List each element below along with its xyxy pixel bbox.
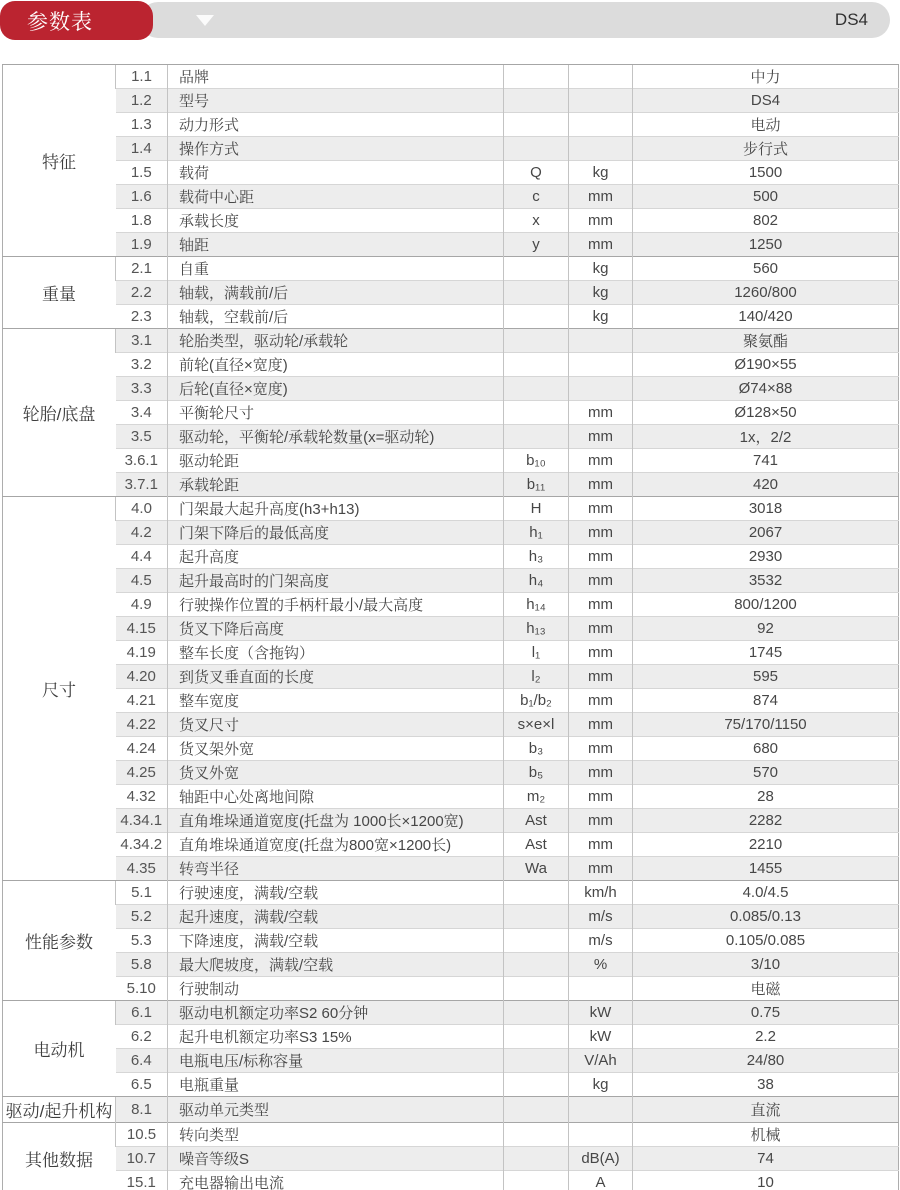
description-cell: 载荷中心距 — [168, 185, 504, 209]
value-cell: 10 — [633, 1171, 899, 1190]
index-cell: 1.5 — [116, 161, 168, 185]
description-cell: 货叉架外宽 — [168, 737, 504, 761]
table-row: 重量2.1自重kg560 — [3, 257, 899, 281]
table-row: 1.8承载长度xmm802 — [3, 209, 899, 233]
description-cell: 自重 — [168, 257, 504, 281]
table-row: 3.3后轮(直径×宽度)Ø74×88 — [3, 377, 899, 401]
description-cell: 品牌 — [168, 65, 504, 89]
index-cell: 3.5 — [116, 425, 168, 449]
unit-cell: mm — [569, 569, 633, 593]
value-cell: 1500 — [633, 161, 899, 185]
unit-cell: m/s — [569, 905, 633, 929]
value-cell: DS4 — [633, 89, 899, 113]
table-row: 3.7.1承载轮距b₁₁mm420 — [3, 473, 899, 497]
symbol-cell — [504, 65, 569, 89]
symbol-cell: h₃ — [504, 545, 569, 569]
description-cell: 电瓶电压/标称容量 — [168, 1049, 504, 1073]
unit-cell — [569, 113, 633, 137]
description-cell: 货叉尺寸 — [168, 713, 504, 737]
index-cell: 5.8 — [116, 953, 168, 977]
unit-cell: kg — [569, 161, 633, 185]
index-cell: 5.2 — [116, 905, 168, 929]
index-cell: 4.22 — [116, 713, 168, 737]
index-cell: 1.6 — [116, 185, 168, 209]
symbol-cell: H — [504, 497, 569, 521]
table-row: 4.15货叉下降后高度h₁₃mm92 — [3, 617, 899, 641]
description-cell: 轴距中心处离地间隙 — [168, 785, 504, 809]
index-cell: 1.4 — [116, 137, 168, 161]
index-cell: 4.5 — [116, 569, 168, 593]
symbol-cell — [504, 257, 569, 281]
model-label: DS4 — [835, 2, 868, 38]
value-cell: 800/1200 — [633, 593, 899, 617]
symbol-cell: Wa — [504, 857, 569, 881]
value-cell: 75/170/1150 — [633, 713, 899, 737]
triangle-down-icon[interactable] — [196, 15, 214, 26]
unit-cell: mm — [569, 209, 633, 233]
value-cell: 0.75 — [633, 1001, 899, 1025]
value-cell: 直流 — [633, 1097, 899, 1123]
index-cell: 8.1 — [116, 1097, 168, 1123]
description-cell: 整车宽度 — [168, 689, 504, 713]
description-cell: 电瓶重量 — [168, 1073, 504, 1097]
symbol-cell — [504, 881, 569, 905]
description-cell: 承载长度 — [168, 209, 504, 233]
category-cell: 轮胎/底盘 — [3, 329, 116, 497]
symbol-cell — [504, 953, 569, 977]
index-cell: 5.10 — [116, 977, 168, 1001]
index-cell: 4.35 — [116, 857, 168, 881]
value-cell: 电磁 — [633, 977, 899, 1001]
description-cell: 货叉下降后高度 — [168, 617, 504, 641]
category-cell: 驱动/起升机构 — [3, 1097, 116, 1123]
table-row: 4.9行驶操作位置的手柄杆最小/最大高度h₁₄mm800/1200 — [3, 593, 899, 617]
unit-cell: kW — [569, 1025, 633, 1049]
category-cell: 特征 — [3, 65, 116, 257]
value-cell: 92 — [633, 617, 899, 641]
table-row: 5.10行驶制动电磁 — [3, 977, 899, 1001]
table-row: 4.5起升最高时的门架高度h₄mm3532 — [3, 569, 899, 593]
table-row: 4.32轴距中心处离地间隙m₂mm28 — [3, 785, 899, 809]
index-cell: 4.24 — [116, 737, 168, 761]
symbol-cell: h₄ — [504, 569, 569, 593]
unit-cell — [569, 65, 633, 89]
value-cell: 74 — [633, 1147, 899, 1171]
value-cell: 2282 — [633, 809, 899, 833]
symbol-cell: s×e×l — [504, 713, 569, 737]
symbol-cell — [504, 977, 569, 1001]
symbol-cell: x — [504, 209, 569, 233]
symbol-cell — [504, 1123, 569, 1147]
index-cell: 4.21 — [116, 689, 168, 713]
symbol-cell — [504, 305, 569, 329]
symbol-cell — [504, 401, 569, 425]
table-row: 性能参数5.1行驶速度，满载/空载km/h4.0/4.5 — [3, 881, 899, 905]
symbol-cell: b₁₀ — [504, 449, 569, 473]
description-cell: 轴载，满载前/后 — [168, 281, 504, 305]
description-cell: 行驶速度，满载/空载 — [168, 881, 504, 905]
unit-cell: mm — [569, 425, 633, 449]
index-cell: 4.32 — [116, 785, 168, 809]
symbol-cell — [504, 377, 569, 401]
index-cell: 10.7 — [116, 1147, 168, 1171]
description-cell: 门架最大起升高度(h3+h13) — [168, 497, 504, 521]
unit-cell: kg — [569, 281, 633, 305]
symbol-cell — [504, 353, 569, 377]
table-row: 1.3动力形式电动 — [3, 113, 899, 137]
table-row: 4.25货叉外宽b₅mm570 — [3, 761, 899, 785]
index-cell: 2.1 — [116, 257, 168, 281]
description-cell: 型号 — [168, 89, 504, 113]
value-cell: 4.0/4.5 — [633, 881, 899, 905]
table-row: 1.5载荷Qkg1500 — [3, 161, 899, 185]
value-cell: 2067 — [633, 521, 899, 545]
unit-cell: mm — [569, 545, 633, 569]
description-cell: 转向类型 — [168, 1123, 504, 1147]
table-row: 3.2前轮(直径×宽度)Ø190×55 — [3, 353, 899, 377]
table-row: 电动机6.1驱动电机额定功率S2 60分钟kW0.75 — [3, 1001, 899, 1025]
value-cell: 874 — [633, 689, 899, 713]
description-cell: 门架下降后的最低高度 — [168, 521, 504, 545]
symbol-cell — [504, 1001, 569, 1025]
description-cell: 前轮(直径×宽度) — [168, 353, 504, 377]
value-cell: Ø128×50 — [633, 401, 899, 425]
unit-cell: % — [569, 953, 633, 977]
unit-cell: mm — [569, 401, 633, 425]
description-cell: 到货叉垂直面的长度 — [168, 665, 504, 689]
index-cell: 1.8 — [116, 209, 168, 233]
table-row: 4.35转弯半径Wamm1455 — [3, 857, 899, 881]
table-row: 1.9轴距ymm1250 — [3, 233, 899, 257]
value-cell: 595 — [633, 665, 899, 689]
category-cell: 重量 — [3, 257, 116, 329]
description-cell: 操作方式 — [168, 137, 504, 161]
unit-cell — [569, 353, 633, 377]
table-row: 4.22货叉尺寸s×e×lmm75/170/1150 — [3, 713, 899, 737]
description-cell: 货叉外宽 — [168, 761, 504, 785]
table-row: 2.3轴载，空载前/后kg140/420 — [3, 305, 899, 329]
value-cell: 2930 — [633, 545, 899, 569]
table-row: 轮胎/底盘3.1轮胎类型，驱动轮/承载轮聚氨酯 — [3, 329, 899, 353]
header-bar — [140, 2, 890, 38]
table-row: 6.2起升电机额定功率S3 15%kW2.2 — [3, 1025, 899, 1049]
spec-table-badge-label: 参数表 — [27, 6, 93, 36]
value-cell: 1745 — [633, 641, 899, 665]
symbol-cell: l₁ — [504, 641, 569, 665]
table-row: 2.2轴载，满载前/后kg1260/800 — [3, 281, 899, 305]
category-cell: 性能参数 — [3, 881, 116, 1001]
index-cell: 4.15 — [116, 617, 168, 641]
unit-cell: mm — [569, 713, 633, 737]
unit-cell — [569, 377, 633, 401]
value-cell: 420 — [633, 473, 899, 497]
value-cell: 0.085/0.13 — [633, 905, 899, 929]
value-cell: 3018 — [633, 497, 899, 521]
index-cell: 3.2 — [116, 353, 168, 377]
description-cell: 平衡轮尺寸 — [168, 401, 504, 425]
category-cell: 其他数据 — [3, 1123, 116, 1190]
value-cell: 1x，2/2 — [633, 425, 899, 449]
index-cell: 1.2 — [116, 89, 168, 113]
table-row: 6.5电瓶重量kg38 — [3, 1073, 899, 1097]
value-cell: 机械 — [633, 1123, 899, 1147]
value-cell: Ø74×88 — [633, 377, 899, 401]
value-cell: 570 — [633, 761, 899, 785]
description-cell: 驱动轮距 — [168, 449, 504, 473]
index-cell: 4.4 — [116, 545, 168, 569]
description-cell: 驱动轮，平衡轮/承载轮数量(x=驱动轮) — [168, 425, 504, 449]
spec-table-body: 特征1.1品牌中力1.2型号DS41.3动力形式电动1.4操作方式步行式1.5载… — [3, 65, 899, 1190]
table-row: 1.2型号DS4 — [3, 89, 899, 113]
description-cell: 行驶制动 — [168, 977, 504, 1001]
unit-cell: m/s — [569, 929, 633, 953]
unit-cell: mm — [569, 761, 633, 785]
description-cell: 后轮(直径×宽度) — [168, 377, 504, 401]
value-cell: 560 — [633, 257, 899, 281]
symbol-cell: b₁₁ — [504, 473, 569, 497]
symbol-cell: h₁₃ — [504, 617, 569, 641]
index-cell: 3.1 — [116, 329, 168, 353]
table-row: 4.24货叉架外宽b₃mm680 — [3, 737, 899, 761]
index-cell: 5.1 — [116, 881, 168, 905]
symbol-cell — [504, 425, 569, 449]
description-cell: 行驶操作位置的手柄杆最小/最大高度 — [168, 593, 504, 617]
symbol-cell — [504, 1073, 569, 1097]
table-row: 特征1.1品牌中力 — [3, 65, 899, 89]
value-cell: 中力 — [633, 65, 899, 89]
table-row: 其他数据10.5转向类型机械 — [3, 1123, 899, 1147]
description-cell: 驱动单元类型 — [168, 1097, 504, 1123]
index-cell: 4.9 — [116, 593, 168, 617]
value-cell: Ø190×55 — [633, 353, 899, 377]
table-row: 1.6载荷中心距cmm500 — [3, 185, 899, 209]
spec-table-badge: 参数表 — [0, 1, 153, 40]
index-cell: 4.2 — [116, 521, 168, 545]
unit-cell: mm — [569, 617, 633, 641]
unit-cell: mm — [569, 785, 633, 809]
description-cell: 动力形式 — [168, 113, 504, 137]
index-cell: 6.1 — [116, 1001, 168, 1025]
symbol-cell: h₁₄ — [504, 593, 569, 617]
symbol-cell — [504, 1171, 569, 1190]
unit-cell: mm — [569, 521, 633, 545]
value-cell: 2210 — [633, 833, 899, 857]
description-cell: 充电器输出电流 — [168, 1171, 504, 1190]
description-cell: 轮胎类型，驱动轮/承载轮 — [168, 329, 504, 353]
description-cell: 直角堆垛通道宽度(托盘为 1000长×1200宽) — [168, 809, 504, 833]
spec-table: 特征1.1品牌中力1.2型号DS41.3动力形式电动1.4操作方式步行式1.5载… — [2, 64, 899, 1190]
table-row: 6.4电瓶电压/标称容量V/Ah24/80 — [3, 1049, 899, 1073]
unit-cell: kW — [569, 1001, 633, 1025]
unit-cell: mm — [569, 809, 633, 833]
unit-cell: kg — [569, 305, 633, 329]
unit-cell: A — [569, 1171, 633, 1190]
index-cell: 10.5 — [116, 1123, 168, 1147]
value-cell: 28 — [633, 785, 899, 809]
value-cell: 1260/800 — [633, 281, 899, 305]
value-cell: 聚氨酯 — [633, 329, 899, 353]
table-row: 5.3下降速度，满载/空载m/s0.105/0.085 — [3, 929, 899, 953]
symbol-cell — [504, 1147, 569, 1171]
index-cell: 6.2 — [116, 1025, 168, 1049]
symbol-cell — [504, 329, 569, 353]
category-cell: 电动机 — [3, 1001, 116, 1097]
value-cell: 2.2 — [633, 1025, 899, 1049]
table-row: 10.7噪音等级SdB(A)74 — [3, 1147, 899, 1171]
value-cell: 140/420 — [633, 305, 899, 329]
description-cell: 承载轮距 — [168, 473, 504, 497]
index-cell: 5.3 — [116, 929, 168, 953]
value-cell: 1455 — [633, 857, 899, 881]
symbol-cell: b₃ — [504, 737, 569, 761]
index-cell: 1.9 — [116, 233, 168, 257]
index-cell: 4.19 — [116, 641, 168, 665]
unit-cell — [569, 977, 633, 1001]
value-cell: 802 — [633, 209, 899, 233]
index-cell: 3.7.1 — [116, 473, 168, 497]
value-cell: 3/10 — [633, 953, 899, 977]
description-cell: 下降速度，满载/空载 — [168, 929, 504, 953]
description-cell: 驱动电机额定功率S2 60分钟 — [168, 1001, 504, 1025]
value-cell: 500 — [633, 185, 899, 209]
value-cell: 38 — [633, 1073, 899, 1097]
index-cell: 3.3 — [116, 377, 168, 401]
table-row: 3.4平衡轮尺寸mmØ128×50 — [3, 401, 899, 425]
symbol-cell: l₂ — [504, 665, 569, 689]
index-cell: 15.1 — [116, 1171, 168, 1190]
index-cell: 6.5 — [116, 1073, 168, 1097]
value-cell: 741 — [633, 449, 899, 473]
symbol-cell: b₅ — [504, 761, 569, 785]
symbol-cell — [504, 905, 569, 929]
unit-cell: mm — [569, 641, 633, 665]
unit-cell: V/Ah — [569, 1049, 633, 1073]
value-cell: 24/80 — [633, 1049, 899, 1073]
index-cell: 4.25 — [116, 761, 168, 785]
description-cell: 噪音等级S — [168, 1147, 504, 1171]
value-cell: 步行式 — [633, 137, 899, 161]
symbol-cell — [504, 281, 569, 305]
unit-cell: mm — [569, 689, 633, 713]
value-cell: 680 — [633, 737, 899, 761]
description-cell: 直角堆垛通道宽度(托盘为800宽×1200长) — [168, 833, 504, 857]
unit-cell: kg — [569, 257, 633, 281]
index-cell: 1.3 — [116, 113, 168, 137]
value-cell: 电动 — [633, 113, 899, 137]
table-row: 15.1充电器输出电流A10 — [3, 1171, 899, 1190]
symbol-cell — [504, 1025, 569, 1049]
table-row: 尺寸4.0门架最大起升高度(h3+h13)Hmm3018 — [3, 497, 899, 521]
unit-cell: mm — [569, 233, 633, 257]
symbol-cell: m₂ — [504, 785, 569, 809]
symbol-cell: Ast — [504, 809, 569, 833]
table-row: 3.6.1驱动轮距b₁₀mm741 — [3, 449, 899, 473]
symbol-cell: h₁ — [504, 521, 569, 545]
index-cell: 1.1 — [116, 65, 168, 89]
symbol-cell: Q — [504, 161, 569, 185]
description-cell: 起升高度 — [168, 545, 504, 569]
table-row: 5.2起升速度，满载/空载m/s0.085/0.13 — [3, 905, 899, 929]
symbol-cell — [504, 929, 569, 953]
unit-cell — [569, 329, 633, 353]
table-row: 4.2门架下降后的最低高度h₁mm2067 — [3, 521, 899, 545]
symbol-cell — [504, 113, 569, 137]
index-cell: 2.2 — [116, 281, 168, 305]
symbol-cell — [504, 137, 569, 161]
index-cell: 4.34.2 — [116, 833, 168, 857]
unit-cell: mm — [569, 473, 633, 497]
description-cell: 起升电机额定功率S3 15% — [168, 1025, 504, 1049]
symbol-cell: y — [504, 233, 569, 257]
table-row: 4.21整车宽度b₁/b₂mm874 — [3, 689, 899, 713]
description-cell: 整车长度（含拖钩） — [168, 641, 504, 665]
page-header: 参数表 DS4 — [0, 0, 900, 40]
unit-cell: kg — [569, 1073, 633, 1097]
unit-cell: mm — [569, 185, 633, 209]
index-cell: 2.3 — [116, 305, 168, 329]
value-cell: 3532 — [633, 569, 899, 593]
unit-cell — [569, 137, 633, 161]
description-cell: 起升最高时的门架高度 — [168, 569, 504, 593]
unit-cell: dB(A) — [569, 1147, 633, 1171]
unit-cell: mm — [569, 665, 633, 689]
table-row: 驱动/起升机构8.1驱动单元类型直流 — [3, 1097, 899, 1123]
unit-cell: mm — [569, 737, 633, 761]
value-cell: 0.105/0.085 — [633, 929, 899, 953]
unit-cell: mm — [569, 593, 633, 617]
table-row: 3.5驱动轮，平衡轮/承载轮数量(x=驱动轮)mm1x，2/2 — [3, 425, 899, 449]
table-row: 1.4操作方式步行式 — [3, 137, 899, 161]
unit-cell: km/h — [569, 881, 633, 905]
symbol-cell — [504, 1049, 569, 1073]
unit-cell — [569, 1097, 633, 1123]
symbol-cell — [504, 1097, 569, 1123]
index-cell: 3.4 — [116, 401, 168, 425]
value-cell: 1250 — [633, 233, 899, 257]
unit-cell: mm — [569, 857, 633, 881]
description-cell: 起升速度，满载/空载 — [168, 905, 504, 929]
index-cell: 3.6.1 — [116, 449, 168, 473]
unit-cell: mm — [569, 449, 633, 473]
unit-cell: mm — [569, 497, 633, 521]
unit-cell: mm — [569, 833, 633, 857]
description-cell: 最大爬坡度，满载/空载 — [168, 953, 504, 977]
symbol-cell: Ast — [504, 833, 569, 857]
description-cell: 载荷 — [168, 161, 504, 185]
table-row: 4.34.1直角堆垛通道宽度(托盘为 1000长×1200宽)Astmm2282 — [3, 809, 899, 833]
table-row: 4.4起升高度h₃mm2930 — [3, 545, 899, 569]
category-cell: 尺寸 — [3, 497, 116, 881]
table-row: 4.20到货叉垂直面的长度l₂mm595 — [3, 665, 899, 689]
table-row: 5.8最大爬坡度，满载/空载%3/10 — [3, 953, 899, 977]
index-cell: 4.0 — [116, 497, 168, 521]
description-cell: 转弯半径 — [168, 857, 504, 881]
table-row: 4.19整车长度（含拖钩）l₁mm1745 — [3, 641, 899, 665]
description-cell: 轴距 — [168, 233, 504, 257]
symbol-cell: c — [504, 185, 569, 209]
unit-cell — [569, 89, 633, 113]
index-cell: 4.20 — [116, 665, 168, 689]
index-cell: 6.4 — [116, 1049, 168, 1073]
index-cell: 4.34.1 — [116, 809, 168, 833]
description-cell: 轴载，空载前/后 — [168, 305, 504, 329]
unit-cell — [569, 1123, 633, 1147]
symbol-cell: b₁/b₂ — [504, 689, 569, 713]
symbol-cell — [504, 89, 569, 113]
table-row: 4.34.2直角堆垛通道宽度(托盘为800宽×1200长)Astmm2210 — [3, 833, 899, 857]
